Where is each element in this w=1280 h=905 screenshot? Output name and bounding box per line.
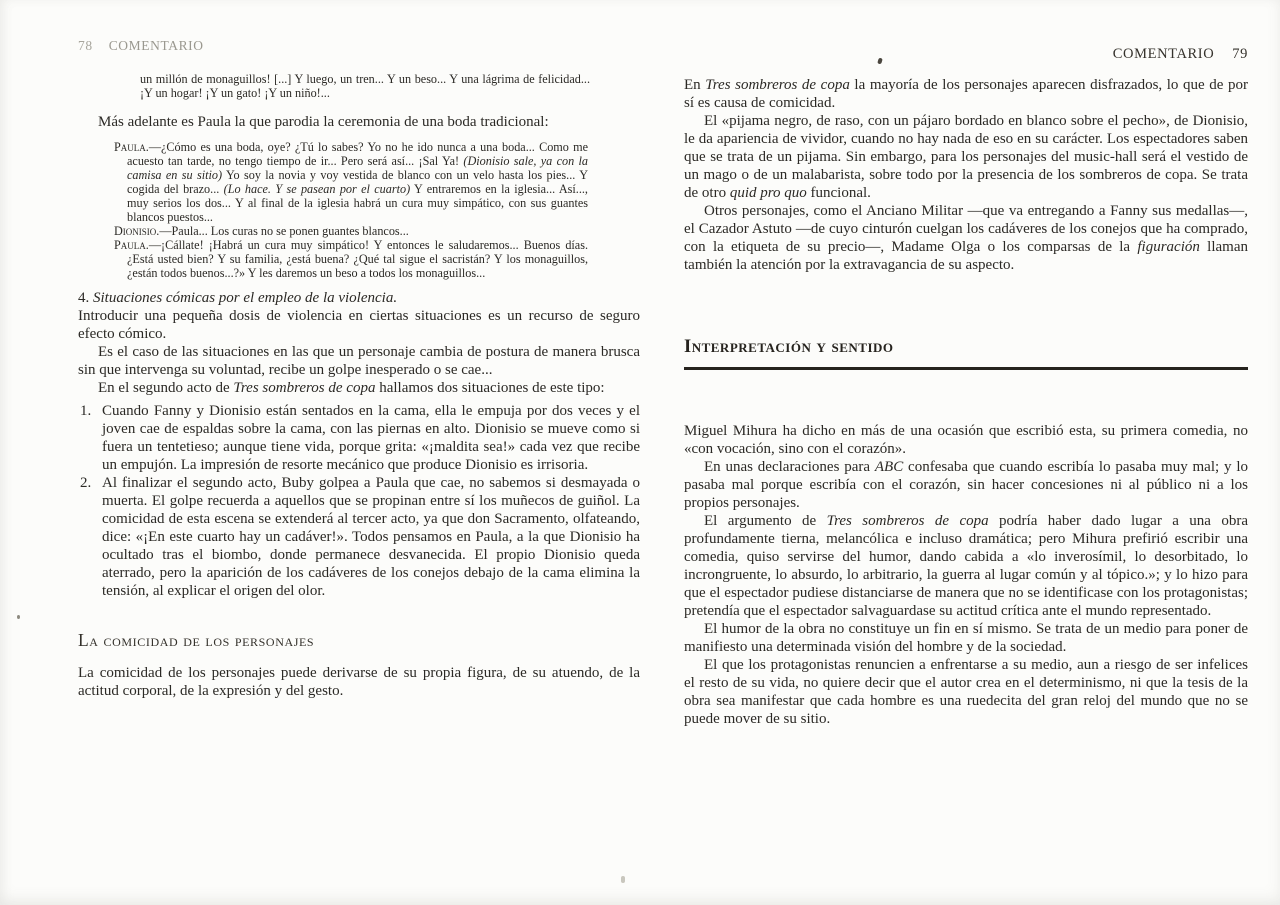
paragraph-declaraciones-abc: En unas declaraciones para ABC confesaba… xyxy=(684,458,1248,512)
paragraph-en-el-segundo-acto: En el segundo acto de Tres sombreros de … xyxy=(78,379,640,397)
paragraph-introducir: Introducir una pequeña dosis de violenci… xyxy=(78,307,640,343)
book-spread: 78COMENTARIO un millón de monaguillos! [… xyxy=(0,0,1280,905)
list-item-number: 1. xyxy=(80,402,91,420)
quote-block-monaguillos: un millón de monaguillos! [...] Y luego,… xyxy=(140,72,590,100)
running-head-left: 78COMENTARIO xyxy=(78,38,640,54)
page-number-left: 78 xyxy=(78,38,93,53)
paragraph-otros-personajes: Otros personajes, como el Anciano Milita… xyxy=(684,202,1248,274)
paragraph-el-argumento: El argumento de Tres sombreros de copa p… xyxy=(684,512,1248,620)
running-head-title-right: COMENTARIO xyxy=(1113,46,1215,62)
dialogue-line-dionisio: Dionisio.—Paula... Los curas no se ponen… xyxy=(114,224,588,238)
list-item-text: Al finalizar el segundo acto, Buby golpe… xyxy=(102,474,640,600)
running-head-right: COMENTARIO79 xyxy=(684,46,1248,63)
paragraph-la-comicidad: La comicidad de los personajes puede der… xyxy=(78,664,640,700)
list-item-text: Cuando Fanny y Dionisio están sentados e… xyxy=(102,402,640,474)
page-number-right: 79 xyxy=(1232,46,1248,62)
page-right: COMENTARIO79 En Tres sombreros de copa l… xyxy=(684,46,1248,728)
dialogue-line-paula-1: Paula.—¿Cómo es una boda, oye? ¿Tú lo sa… xyxy=(114,140,588,224)
section-heading-situaciones: 4. Situaciones cómicas por el empleo de … xyxy=(78,289,640,307)
page-left: 78COMENTARIO un millón de monaguillos! [… xyxy=(78,38,640,700)
paragraph-en-tres-sombreros: En Tres sombreros de copa la mayoría de … xyxy=(684,76,1248,112)
numbered-list: 1. Cuando Fanny y Dionisio están sentado… xyxy=(78,402,640,600)
list-item-2: 2. Al finalizar el segundo acto, Buby go… xyxy=(78,474,640,600)
paragraph-mas-adelante: Más adelante es Paula la que parodia la … xyxy=(78,113,640,131)
dialogue-block: Paula.—¿Cómo es una boda, oye? ¿Tú lo sa… xyxy=(114,140,588,280)
paragraph-el-que-los-protagonistas: El que los protagonistas renuncien a enf… xyxy=(684,656,1248,728)
running-head-title-left: COMENTARIO xyxy=(109,38,204,53)
paragraph-el-humor: El humor de la obra no constituye un fin… xyxy=(684,620,1248,656)
list-item-number: 2. xyxy=(80,474,91,492)
paragraph-miguel-mihura: Miguel Mihura ha dicho en más de una oca… xyxy=(684,422,1248,458)
dialogue-line-paula-2: Paula.—¡Cállate! ¡Habrá un cura muy simp… xyxy=(114,238,588,280)
scan-speck xyxy=(17,615,20,619)
list-item-1: 1. Cuando Fanny y Dionisio están sentado… xyxy=(78,402,640,474)
paragraph-es-el-caso: Es el caso de las situaciones en las que… xyxy=(78,343,640,379)
section-heading-comicidad-personajes: La comicidad de los personajes xyxy=(78,630,640,651)
section-heading-interpretacion: Interpretación y sentido xyxy=(684,337,1248,370)
paragraph-pijama: El «pijama negro, de raso, con un pájaro… xyxy=(684,112,1248,202)
scan-speck xyxy=(621,876,625,883)
